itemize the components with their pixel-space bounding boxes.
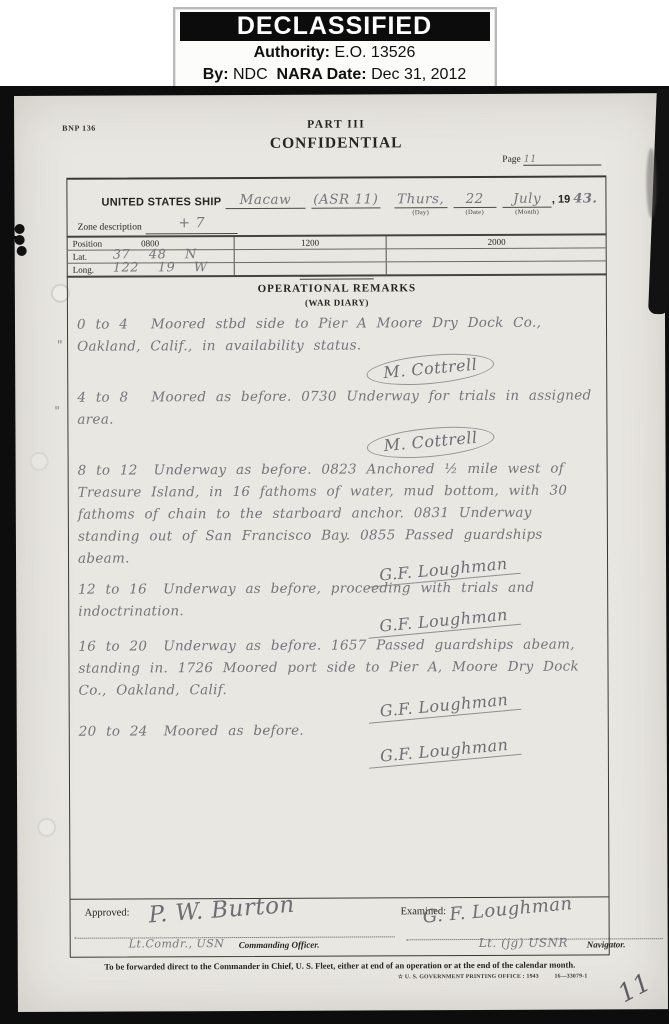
commanding-officer-title: Commanding Officer. — [239, 940, 320, 950]
ship-name-blank: Macaw — [225, 191, 305, 209]
zone-value: + 7 — [178, 215, 205, 231]
section-divider — [300, 275, 374, 279]
col-1200: 1200 — [235, 236, 386, 249]
authority-value: E.O. 13526 — [334, 44, 415, 61]
forwarding-instruction: To be forwarded direct to the Commander … — [48, 959, 632, 972]
year-value: 43. — [573, 191, 597, 206]
binder-tick — [1, 236, 17, 239]
classification-marking: CONFIDENTIAL — [66, 133, 606, 153]
day-label: (Day) — [394, 209, 447, 216]
stamp-by-line: By: NDC NARA Date: Dec 31, 2012 — [180, 65, 490, 85]
ship-date-line: UNITED STATES SHIP Macaw (ASR 11) Thurs,… — [101, 189, 597, 209]
position-table: Position0800 1200 2000 Lat.37 48 N Long.… — [67, 233, 607, 277]
examined-rank: Lt. (jg) USNR — [479, 936, 568, 950]
commanding-officer-signature: P. W. Burton — [148, 892, 296, 929]
month-blank: July(Month) — [502, 190, 552, 208]
longitude-row: Long.122 19 W — [67, 260, 607, 275]
entry-16-to-20: 16 to 20Underway as before. 1657 Passed … — [78, 633, 603, 716]
nara-date-value: Dec 31, 2012 — [371, 66, 466, 83]
hull-number-value: (ASR 11) — [311, 191, 380, 207]
entry-hours: 0 to 4 — [77, 313, 135, 335]
col-2000: 2000 — [387, 235, 607, 248]
date-label: (Date) — [453, 209, 496, 216]
ship-name-value: Macaw — [225, 192, 305, 208]
margin-ditto-mark: " — [57, 338, 63, 352]
war-diary-entries: " " 0 to 4Moored stbd side to Pier A Moo… — [77, 311, 604, 765]
entry-12-to-16: 12 to 16Underway as before, proceeding w… — [78, 576, 603, 631]
zone-label: Zone description — [78, 222, 142, 232]
page-number-value: 11 — [524, 154, 537, 165]
entry-text: Moored as before. — [164, 723, 304, 740]
printing-office-line: ☆ U. S. GOVERNMENT PRINTING OFFICE : 194… — [398, 973, 648, 980]
page-number-blank: 11 — [524, 153, 602, 165]
form-box: UNITED STATES SHIP Macaw (ASR 11) Thurs,… — [66, 175, 609, 957]
nara-date-label: NARA Date: — [277, 66, 367, 83]
navigator-signature: G. F. Loughman — [422, 893, 573, 928]
entry-hours: 20 to 24 — [79, 720, 148, 742]
ship-label: UNITED STATES SHIP — [101, 196, 221, 210]
declassified-banner: DECLASSIFIED — [180, 12, 490, 41]
day-blank: Thurs,(Day) — [394, 190, 447, 208]
approved-rank: Lt.Comdr., USN — [129, 937, 225, 950]
part-title: PART III — [66, 117, 606, 131]
approval-section: Approved: P. W. Burton Lt.Comdr., USN Co… — [71, 896, 609, 956]
scan-smudge — [646, 148, 656, 218]
stamp-box: DECLASSIFIED Authority: E.O. 13526 By: N… — [173, 7, 497, 92]
month-label: (Month) — [502, 209, 552, 216]
hull-number-blank: (ASR 11) — [311, 190, 380, 208]
by-label: By: — [203, 66, 229, 83]
printing-office-text: U. S. GOVERNMENT PRINTING OFFICE : 1943 — [405, 974, 539, 981]
war-diary-page: BNP 136 PART III CONFIDENTIAL Page11 UNI… — [14, 93, 668, 1012]
position-label: Position — [73, 238, 103, 250]
page-label: Page — [502, 155, 521, 165]
date-value: 22 — [453, 191, 496, 207]
long-label: Long. — [73, 264, 94, 276]
by-value: NDC — [233, 66, 268, 83]
hole-punch — [37, 818, 56, 837]
entry-hours: 8 to 12 — [78, 459, 138, 481]
entry-hours: 16 to 20 — [78, 635, 147, 657]
entry-4-to-8: 4 to 8Moored as before. 0730 Underway fo… — [77, 384, 602, 455]
zone-description-line: Zone description+ 7 — [78, 217, 238, 235]
long-0800-value: 122 19 W — [113, 260, 208, 275]
year-prefix: , 19 43. — [552, 191, 598, 207]
declassification-stamp: DECLASSIFIED Authority: E.O. 13526 By: N… — [0, 7, 669, 92]
entry-0-to-4: 0 to 4Moored stbd side to Pier A Moore D… — [77, 311, 602, 382]
day-value: Thurs, — [394, 191, 447, 207]
entry-20-to-24: 20 to 24Moored as before. G.F. Loughman — [79, 718, 604, 761]
margin-ditto-mark: " — [54, 404, 60, 418]
remarks-subtitle: (WAR DIARY) — [68, 296, 606, 308]
entry-text: Moored stbd side to Pier A Moore Dry Doc… — [77, 315, 541, 355]
print-code: 16—33079-1 — [555, 974, 588, 980]
page-number-line: Page11 — [502, 153, 602, 165]
binder-hole-marks — [11, 224, 27, 258]
approved-label: Approved: — [85, 908, 130, 919]
entry-hours: 4 to 8 — [77, 386, 135, 408]
month-value: July — [502, 191, 552, 207]
entry-text: Underway as before. 0823 Anchored ½ mile… — [78, 461, 568, 567]
entry-8-to-12: 8 to 12Underway as before. 0823 Anchored… — [78, 457, 604, 580]
entry-hours: 12 to 16 — [78, 578, 147, 600]
hole-punch — [30, 452, 49, 471]
zone-blank: + 7 — [146, 217, 238, 234]
stamp-authority-line: Authority: E.O. 13526 — [180, 43, 490, 63]
navigator-title: Navigator. — [587, 939, 626, 949]
authority-label: Authority: — [254, 44, 330, 61]
date-blank: 22(Date) — [453, 190, 496, 208]
lat-label: Lat. — [73, 251, 87, 263]
approved-signature-line — [75, 936, 395, 938]
star-icon: ☆ — [398, 974, 403, 980]
scan-background: BNP 136 PART III CONFIDENTIAL Page11 UNI… — [0, 86, 669, 1024]
remarks-title: OPERATIONAL REMARKS — [68, 281, 606, 295]
